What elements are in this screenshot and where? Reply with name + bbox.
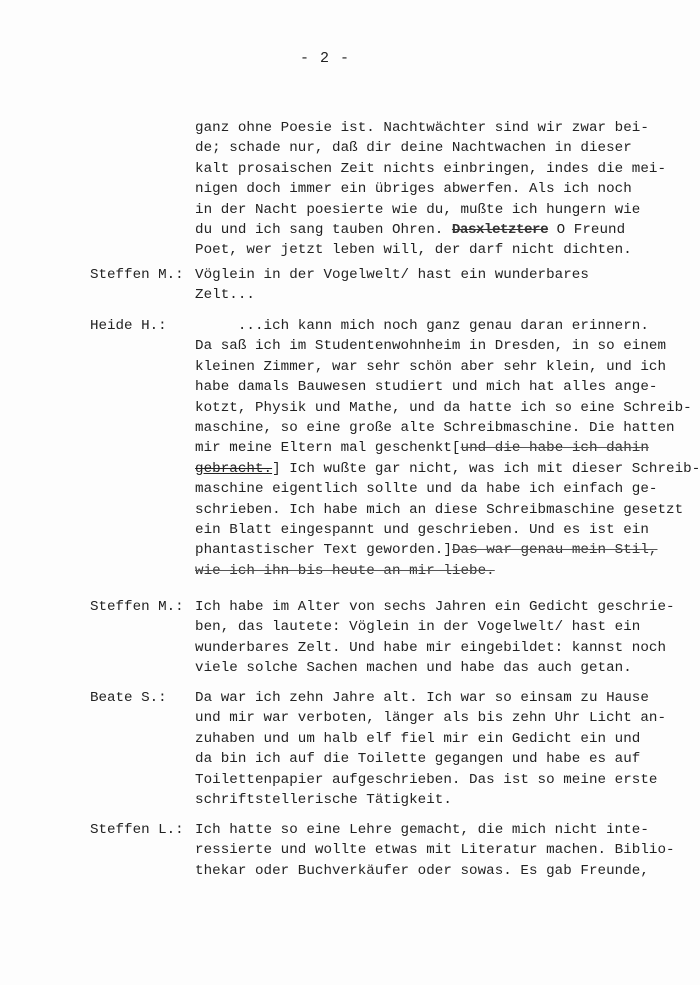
text-line: zuhaben und um halb elf fiel mir ein Ged… xyxy=(195,729,666,749)
edit-bracket: [ xyxy=(452,440,461,456)
text-line: gebracht.] Ich wußte gar nicht, was ich … xyxy=(195,459,700,479)
text-line: habe damals Bauwesen studiert und mich h… xyxy=(195,377,700,397)
struck-text: wie ich ihn bis heute an mir liebe. xyxy=(195,563,495,579)
struck-text: und die habe ich dahin xyxy=(461,440,649,456)
text-line: Da saß ich im Studentenwohnheim in Dresd… xyxy=(195,336,700,356)
text-line: du und ich sang tauben Ohren. Dasxletzte… xyxy=(195,220,666,240)
speaker-label: Heide H.: xyxy=(90,318,167,334)
text-line: schrieben. Ich habe mich an diese Schrei… xyxy=(195,500,700,520)
struck-text: gebracht. xyxy=(195,461,272,477)
text-line: Vöglein in der Vogelwelt/ hast ein wunde… xyxy=(195,265,589,285)
page-number: - 2 - xyxy=(300,50,350,67)
speaker-label: Steffen M.: xyxy=(90,267,184,283)
text-segment: mir meine Eltern mal geschenkt xyxy=(195,440,452,456)
speaker-label: Steffen M.: xyxy=(90,599,184,615)
text-line: kleinen Zimmer, war sehr schön aber sehr… xyxy=(195,357,700,377)
text-line: mir meine Eltern mal geschenkt[und die h… xyxy=(195,438,700,458)
edit-bracket: ] xyxy=(272,461,281,477)
text-line: ganz ohne Poesie ist. Nachtwächter sind … xyxy=(195,118,666,138)
text-line: maschine eigentlich sollte und da habe i… xyxy=(195,479,700,499)
text-line: kalt prosaischen Zeit nichts einbringen,… xyxy=(195,159,666,179)
speaker-label: Beate S.: xyxy=(90,690,167,706)
text-segment: du und ich sang tauben Ohren. xyxy=(195,222,452,238)
text-line: kotzt, Physik und Mathe, und da hatte ic… xyxy=(195,398,700,418)
text-line: Toilettenpapier aufgeschrieben. Das ist … xyxy=(195,770,666,790)
text-line: schriftstellerische Tätigkeit. xyxy=(195,790,666,810)
typed-over-deletion: Dasxletztere xyxy=(452,222,548,238)
struck-text: Das war genau mein Stil, xyxy=(452,542,658,558)
text-line: ressierte und wollte etwas mit Literatur… xyxy=(195,840,675,860)
text-segment: O Freund xyxy=(548,222,625,238)
text-line: und mir war verboten, länger als bis zeh… xyxy=(195,708,666,728)
text-line: Da war ich zehn Jahre alt. Ich war so ei… xyxy=(195,688,666,708)
text-line: phantastischer Text geworden.]Das war ge… xyxy=(195,540,700,560)
text-line: wie ich ihn bis heute an mir liebe. xyxy=(195,561,700,581)
speaker-label: Steffen L.: xyxy=(90,822,184,838)
text-line: in der Nacht poesierte wie du, mußte ich… xyxy=(195,200,666,220)
typewritten-page: - 2 - ganz ohne Poesie ist. Nachtwächter… xyxy=(0,0,700,985)
text-line: maschine, so eine große alte Schreibmasc… xyxy=(195,418,700,438)
text-line: thekar oder Buchverkäufer oder sowas. Es… xyxy=(195,861,675,881)
text-line: Poet, wer jetzt leben will, der darf nic… xyxy=(195,240,666,260)
text-line: nigen doch immer ein übriges abwerfen. A… xyxy=(195,179,666,199)
text-line: ein Blatt eingespannt und geschrieben. U… xyxy=(195,520,700,540)
text-line: wunderbares Zelt. Und habe mir eingebild… xyxy=(195,638,675,658)
text-line: viele solche Sachen machen und habe das … xyxy=(195,658,675,678)
text-line: ben, das lautete: Vöglein in der Vogelwe… xyxy=(195,617,675,637)
text-line: Ich hatte so eine Lehre gemacht, die mic… xyxy=(195,820,675,840)
text-line: da bin ich auf die Toilette gegangen und… xyxy=(195,749,666,769)
text-line: Ich habe im Alter von sechs Jahren ein G… xyxy=(195,597,675,617)
text-line: de; schade nur, daß dir deine Nachtwache… xyxy=(195,138,666,158)
edit-bracket: ] xyxy=(443,542,452,558)
text-line: ...ich kann mich noch ganz genau daran e… xyxy=(195,316,700,336)
text-segment: phantastischer Text geworden. xyxy=(195,542,443,558)
text-segment: Ich wußte gar nicht, was ich mit dieser … xyxy=(281,461,700,477)
text-line: Zelt... xyxy=(195,285,589,305)
